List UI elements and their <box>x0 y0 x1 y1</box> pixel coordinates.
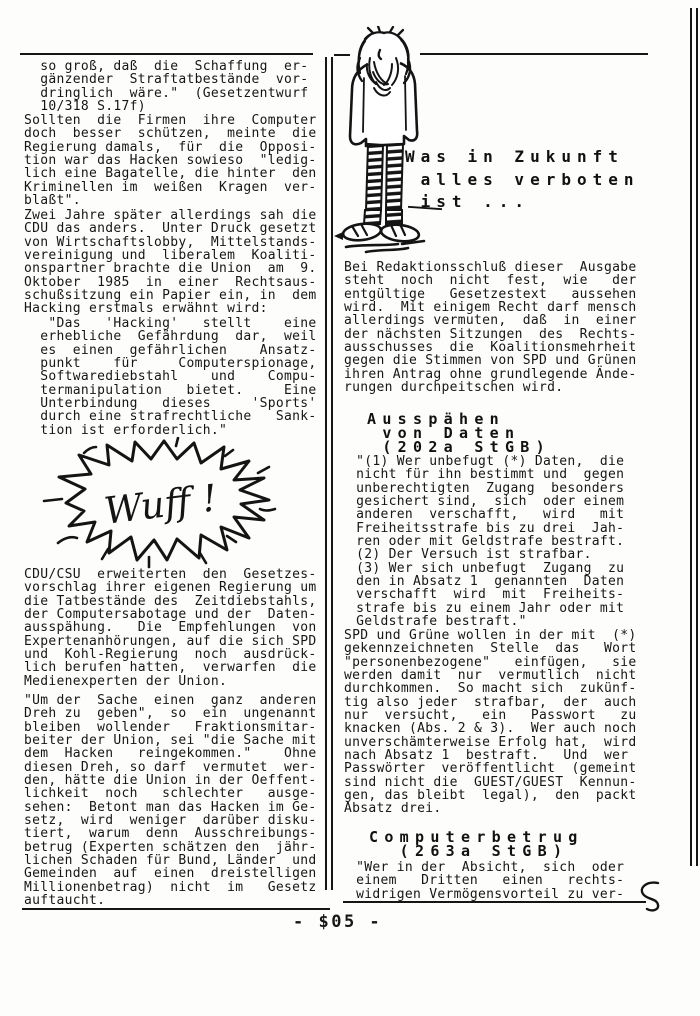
left-quote-gesetzentwurf: so groß, daß die Schaffung er- gänzender… <box>24 60 308 113</box>
left-paragraph-cdu-csu: CDU/CSU erweiterten den Gesetzes- vorsch… <box>24 568 317 688</box>
caption-was-in-zukunft: Was in Zukunft alles verboten ist ... <box>405 146 640 214</box>
heading-ausspaehen-von-daten: Ausspähen von Daten (202a StGB) <box>367 412 551 455</box>
page-number: - $05 - <box>293 912 382 932</box>
column-divider <box>325 57 333 890</box>
left-quote-hacking: "Das 'Hacking' stellt eine erhebliche Ge… <box>24 317 317 437</box>
left-paragraph-um-der-sache: "Um der Sache einen ganz anderen Dreh zu… <box>24 694 317 908</box>
top-rule-right <box>420 53 648 55</box>
right-paragraph-spd-gruene: SPD und Grüne wollen in der mit (*) geke… <box>344 629 637 816</box>
top-rule-left <box>20 53 313 55</box>
scanned-zine-page: so groß, daß die Schaffung er- gänzender… <box>0 0 700 1016</box>
left-paragraph-zwei-jahre: Zwei Jahre später allerdings sah die CDU… <box>24 209 317 316</box>
right-quote-263a: "Wer in der Absicht, sich oder einem Dri… <box>348 861 624 901</box>
bottom-rule-left <box>22 908 330 910</box>
handwritten-squiggle <box>636 880 662 914</box>
heading-computerbetrug: Computerbetrug (263a StGB) <box>369 830 584 858</box>
ground-shadow <box>346 241 424 252</box>
page-right-border <box>690 8 698 866</box>
wuff-text: Wuff ! <box>102 476 220 532</box>
wuff-burst-illustration: Wuff ! <box>28 437 303 571</box>
sandals <box>342 222 420 244</box>
right-paragraph-redaktionsschluss: Bei Redaktionsschluß dieser Ausgabe steh… <box>344 261 637 394</box>
left-paragraph-sollten: Sollten die Firmen ihre Computer doch be… <box>24 114 317 207</box>
standing-figure-illustration <box>336 26 436 258</box>
right-quote-202a: "(1) Wer unbefugt (*) Daten, die nicht f… <box>348 455 624 628</box>
